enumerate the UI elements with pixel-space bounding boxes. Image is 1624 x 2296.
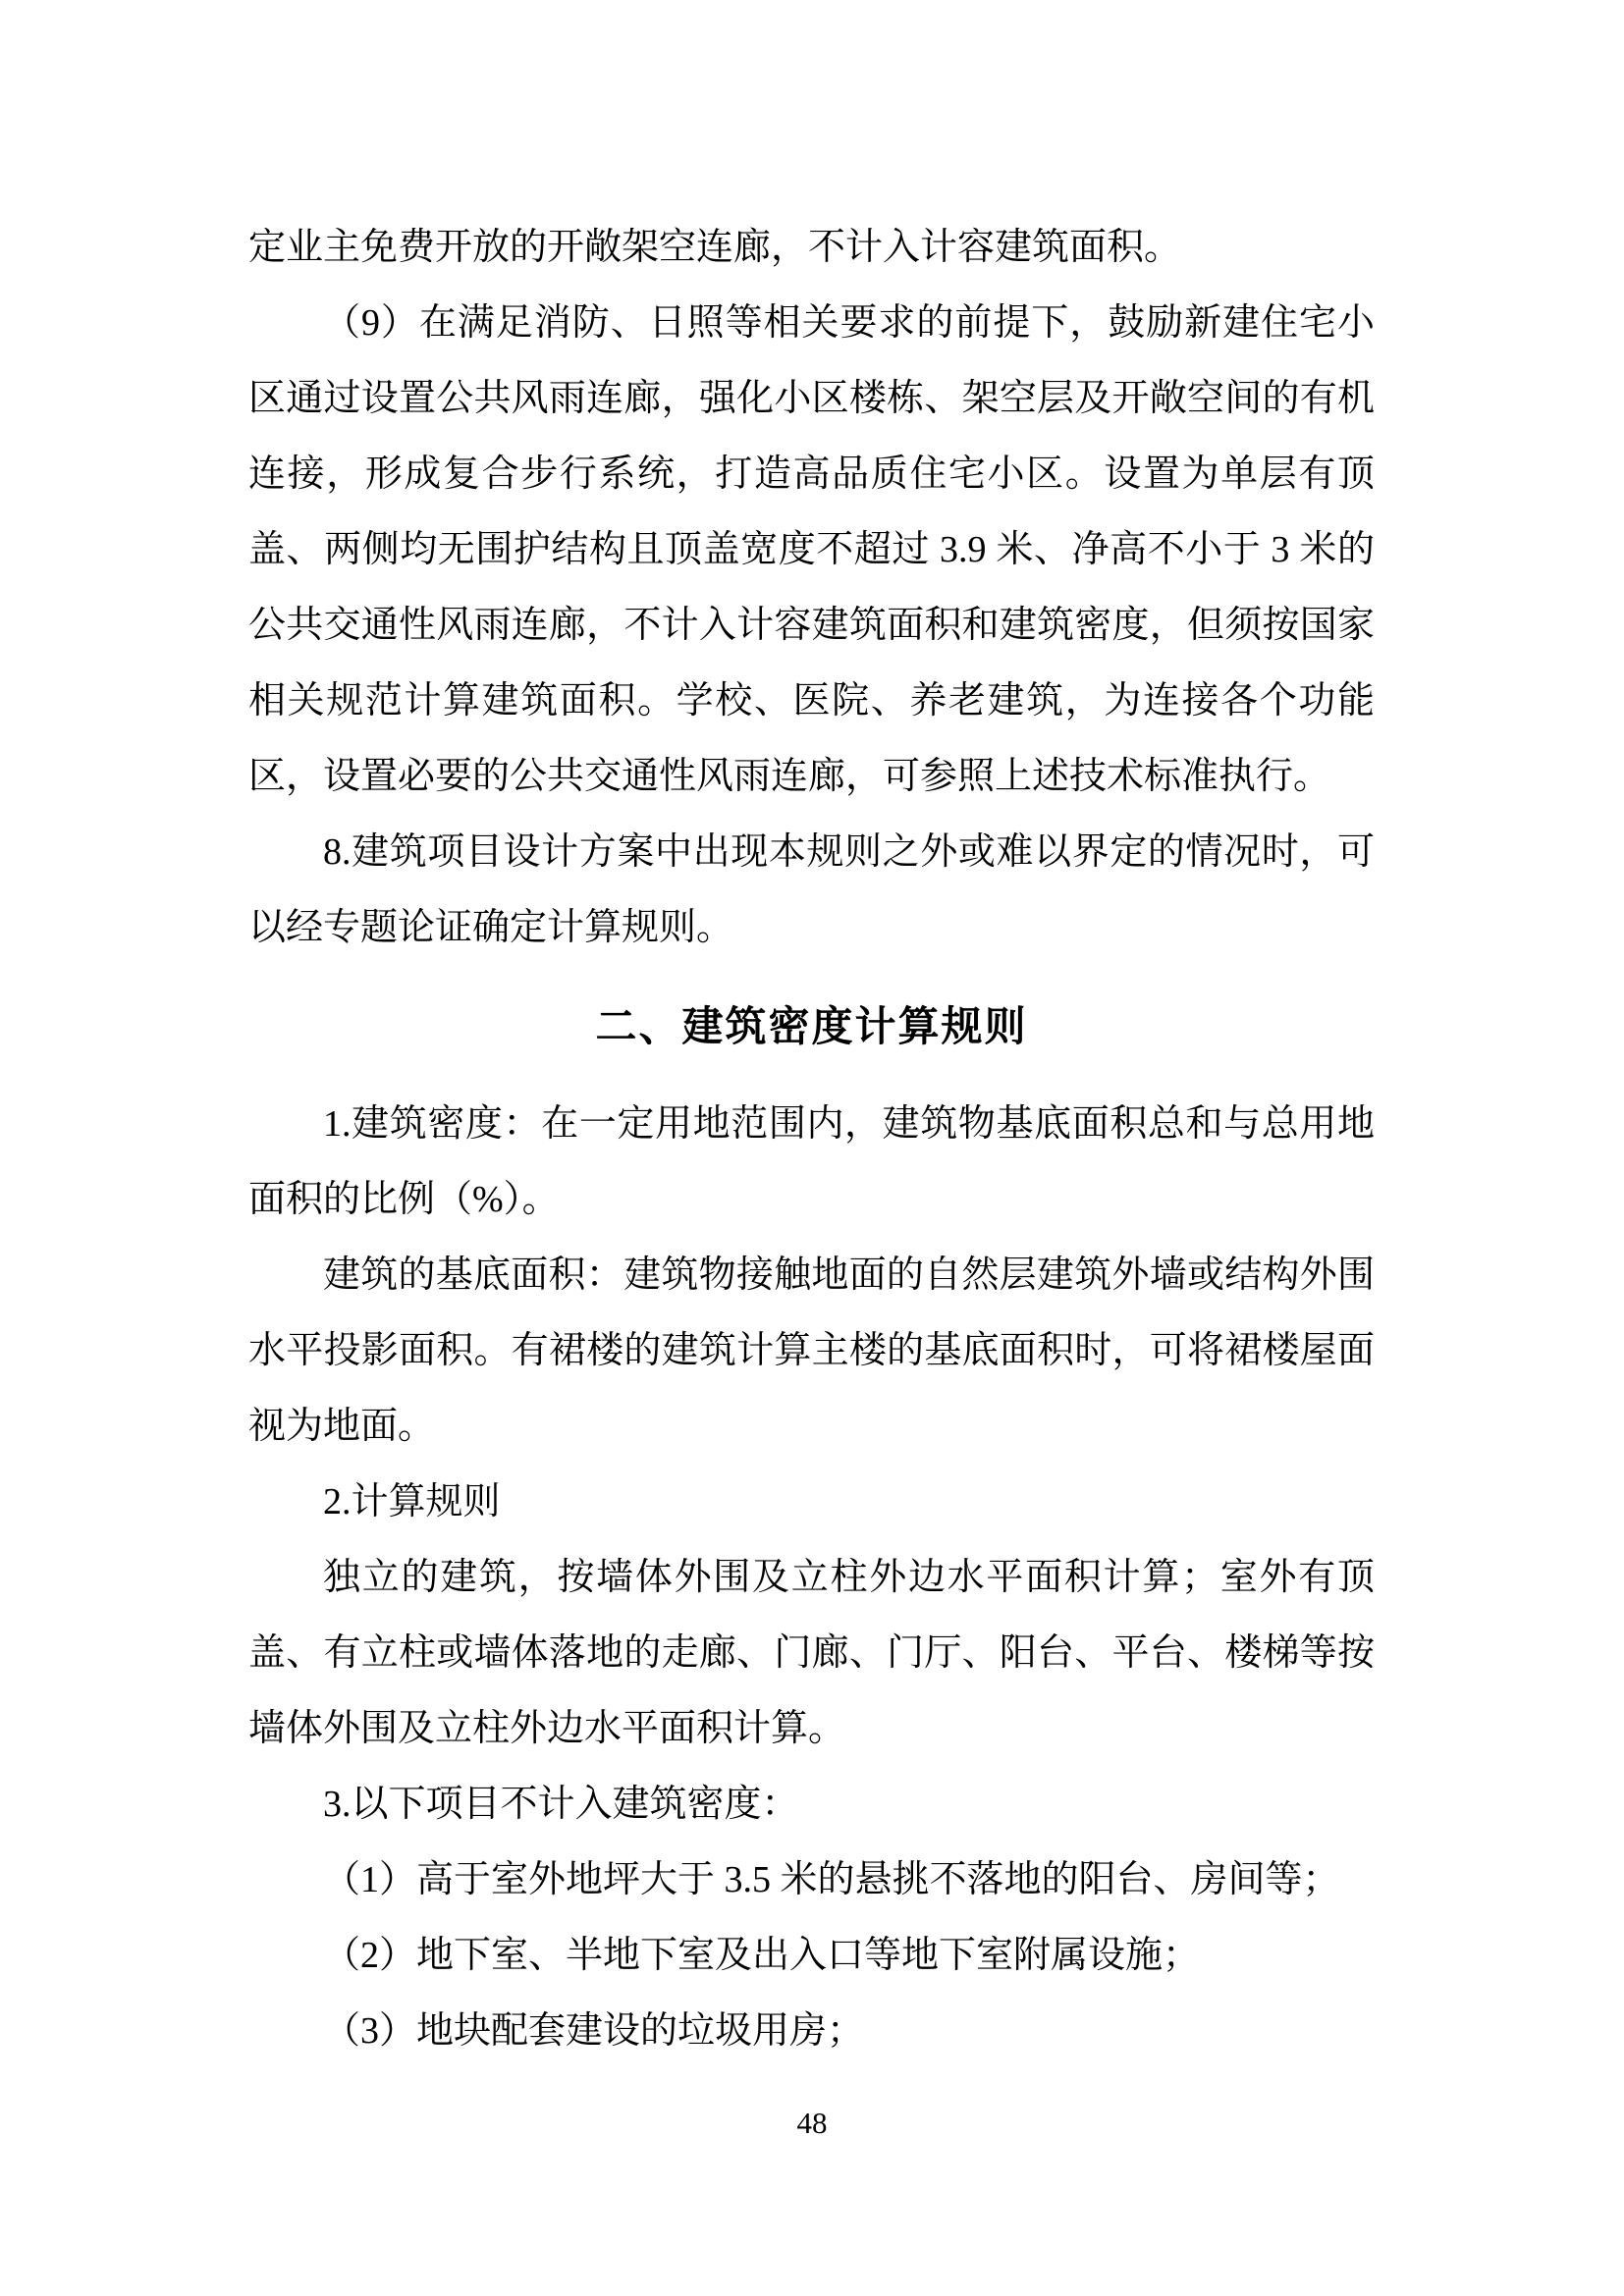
body-paragraph: （9）在满足消防、日照等相关要求的前提下，鼓励新建住宅小区通过设置公共风雨连廊，… — [248, 286, 1375, 815]
body-paragraph: 1.建筑密度：在一定用地范围内，建筑物基底面积总和与总用地面积的比例（%）。 — [248, 1087, 1375, 1238]
body-paragraph: 2.计算规则 — [248, 1465, 1375, 1540]
body-paragraph: 建筑的基底面积：建筑物接触地面的自然层建筑外墙或结构外围水平投影面积。有裙楼的建… — [248, 1238, 1375, 1465]
body-paragraph: （3）地块配套建设的垃圾用房； — [248, 1994, 1375, 2069]
body-paragraph: （2）地下室、半地下室及出入口等地下室附属设施； — [248, 1918, 1375, 1994]
body-paragraph: 8.建筑项目设计方案中出现本规则之外或难以界定的情况时，可以经专题论证确定计算规… — [248, 815, 1375, 966]
body-paragraph: （1）高于室外地坪大于 3.5 米的悬挑不落地的阳台、房间等； — [248, 1842, 1375, 1918]
body-paragraph: 定业主免费开放的开敞架空连廊，不计入计容建筑面积。 — [248, 210, 1375, 286]
page-number: 48 — [0, 2106, 1624, 2141]
document-page: 定业主免费开放的开敞架空连廊，不计入计容建筑面积。（9）在满足消防、日照等相关要… — [0, 0, 1624, 2296]
section-heading: 二、建筑密度计算规则 — [248, 988, 1375, 1064]
body-paragraph: 3.以下项目不计入建筑密度： — [248, 1767, 1375, 1842]
body-paragraph: 独立的建筑，按墙体外围及立柱外边水平面积计算；室外有顶盖、有立柱或墙体落地的走廊… — [248, 1540, 1375, 1767]
document-body: 定业主免费开放的开敞架空连廊，不计入计容建筑面积。（9）在满足消防、日照等相关要… — [248, 210, 1375, 2069]
